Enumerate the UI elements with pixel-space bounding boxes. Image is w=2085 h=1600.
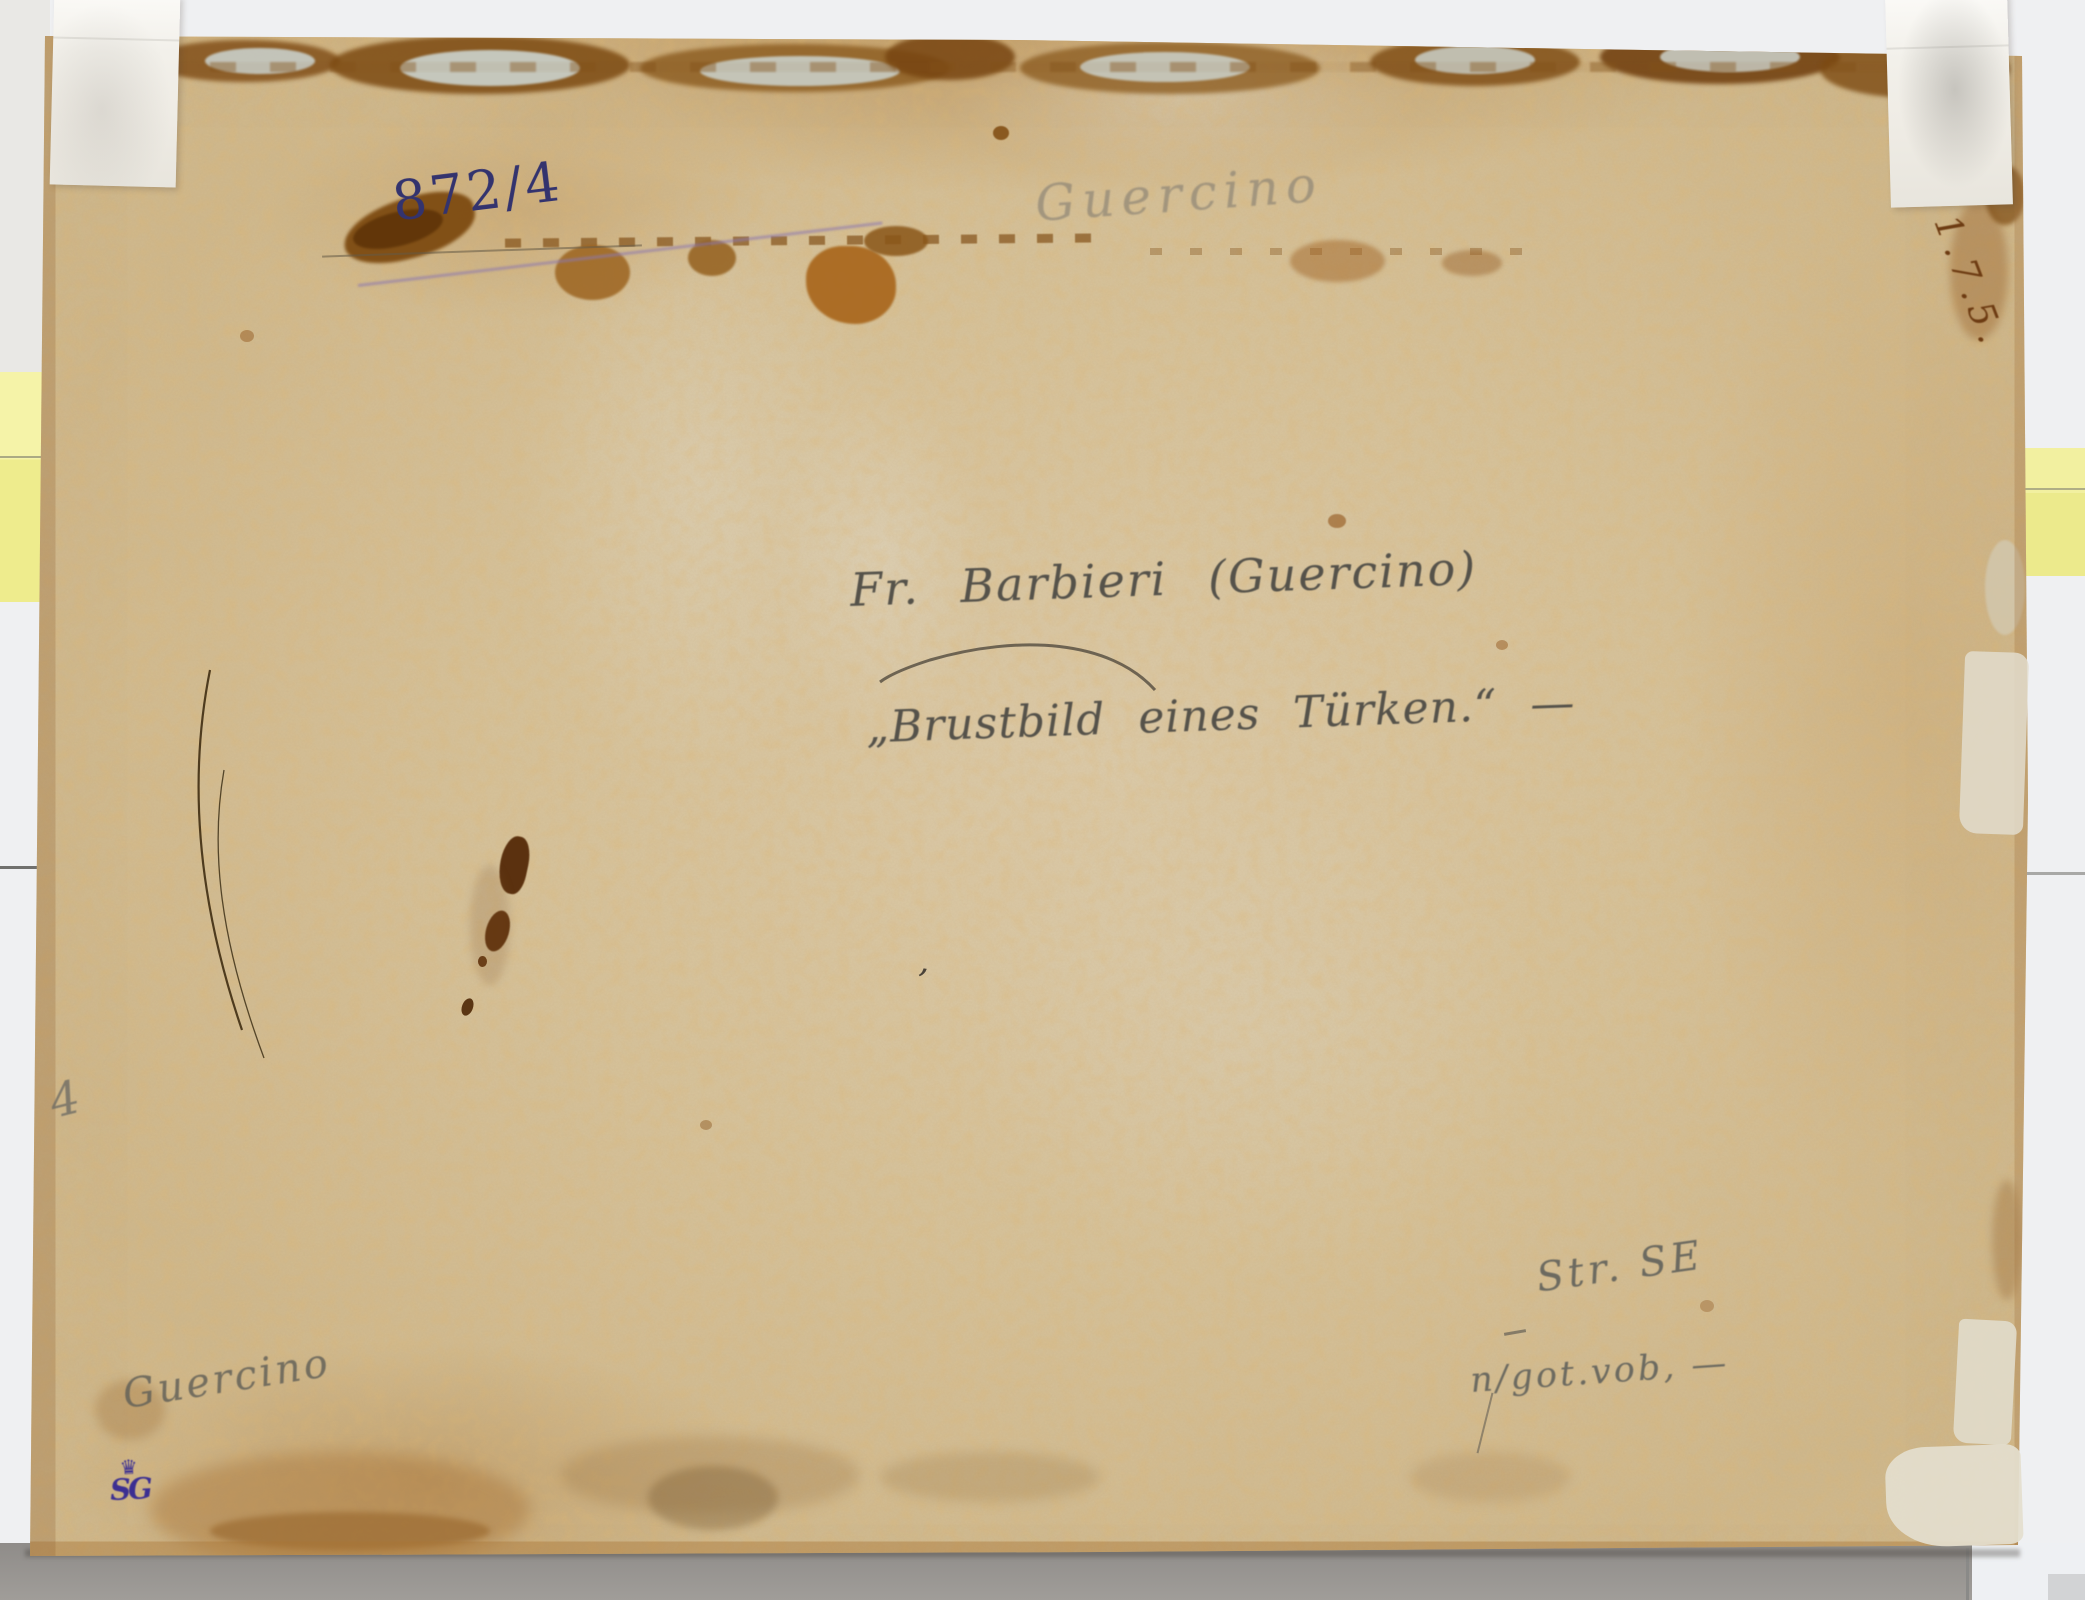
tape-shading (50, 0, 181, 188)
stain-dot (993, 126, 1009, 140)
stain-cluster (864, 226, 928, 256)
stain-bottom-left-dark (210, 1512, 490, 1550)
stain-streak-top (150, 62, 1950, 72)
stain-blob (1290, 240, 1385, 282)
pencil-line-backing-right2 (2024, 488, 2085, 490)
pencil-line-backing-left2 (0, 456, 46, 458)
tape-remnant-right-middle (1959, 651, 2029, 835)
photograph-of-drawing-verso: 872/4 Guercino Fr. Barbieri (Guercino) „… (0, 0, 2085, 1600)
stain-right-edge-low (1992, 1180, 2022, 1300)
foxing-dot (1328, 514, 1346, 528)
tape-top-left (50, 0, 181, 188)
scratch-lines (180, 650, 310, 1080)
tape-remnant-right-lower (1953, 1319, 2017, 1446)
smudge (648, 1466, 778, 1530)
masking-tape-right (2020, 448, 2085, 576)
collectors-stamp: ♛ SG (102, 1457, 157, 1526)
foxing-dot (240, 330, 254, 342)
foxing-dot (1496, 640, 1508, 650)
stamp-monogram: SG (103, 1475, 156, 1504)
masking-tape-left (0, 372, 46, 602)
smudge (1410, 1452, 1570, 1502)
stain-blob (1442, 250, 1502, 276)
pencil-line-backing-right (2024, 872, 2085, 875)
foxing-dot (700, 1120, 712, 1130)
tape-remnant-bottom-right-corner (1884, 1444, 2023, 1549)
ink-smudge (470, 865, 510, 985)
smudge (880, 1452, 1100, 1502)
background-corner-gray (2048, 1574, 2085, 1600)
tape-shading (1885, 0, 2013, 208)
stain-blob (885, 34, 1015, 80)
foxing-dot (1700, 1300, 1714, 1312)
tape-top-right (1885, 0, 2013, 208)
skinned-chip (1985, 540, 2025, 635)
